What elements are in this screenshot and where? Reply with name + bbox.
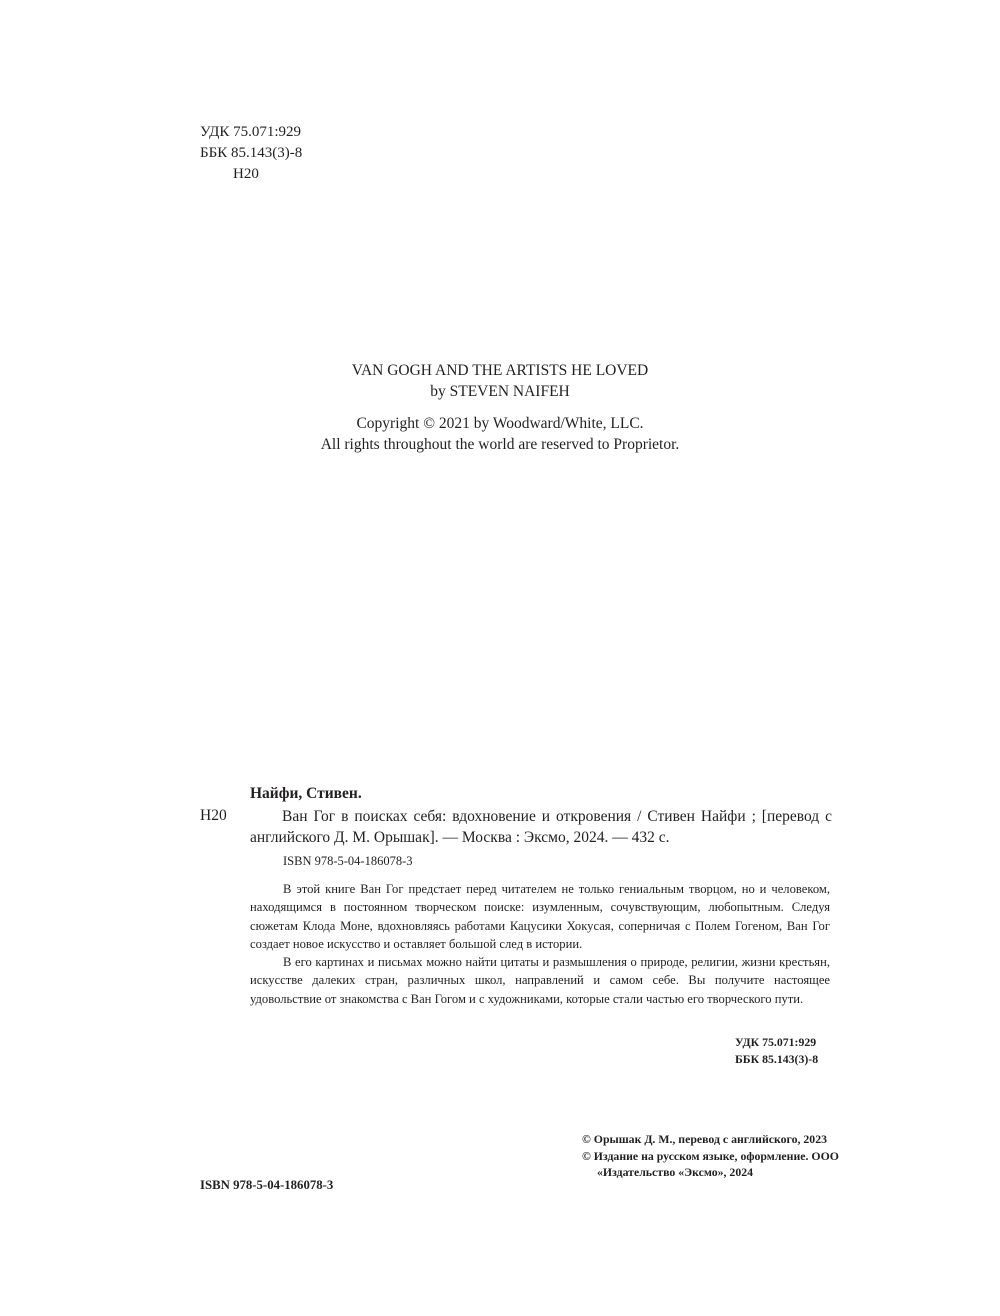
bibliographic-isbn: ISBN 978-5-04-186078-3 [283,852,413,870]
bbk-code-bottom: ББК 85.143(3)-8 [735,1051,818,1068]
bibliographic-description: Ван Гог в поисках себя: вдохновение и от… [250,806,832,848]
bibliographic-heading: Найфи, Стивен. [250,784,362,804]
translation-copyright: © Орышак Д. М., перевод с английского, 2… [582,1131,842,1148]
bibliographic-author-mark: Н20 [200,806,227,826]
annotation-paragraph: В этой книге Ван Гог предстает перед чит… [250,880,830,953]
author-mark: Н20 [200,164,302,185]
udk-code: УДК 75.071:929 [200,122,302,143]
original-copyright: Copyright © 2021 by Woodward/White, LLC. [0,413,1000,434]
isbn-bottom: ISBN 978-5-04-186078-3 [200,1176,333,1194]
classification-block-top: УДК 75.071:929 ББК 85.143(3)-8 Н20 [200,122,302,185]
original-edition-block: VAN GOGH AND THE ARTISTS HE LOVED by STE… [0,360,1000,455]
rights-statement: All rights throughout the world are rese… [0,434,1000,455]
annotation: В этой книге Ван Гог предстает перед чит… [250,880,830,1008]
annotation-paragraph: В его картинах и письмах можно найти цит… [250,953,830,1008]
original-title: VAN GOGH AND THE ARTISTS HE LOVED [0,360,1000,381]
russian-copyrights: © Орышак Д. М., перевод с английского, 2… [582,1131,842,1181]
bbk-code: ББК 85.143(3)-8 [200,143,302,164]
original-author: by STEVEN NAIFEH [0,381,1000,402]
classification-block-bottom: УДК 75.071:929 ББК 85.143(3)-8 [735,1034,818,1068]
udk-code-bottom: УДК 75.071:929 [735,1034,818,1051]
publisher-copyright: © Издание на русском языке, оформление. … [582,1148,842,1181]
